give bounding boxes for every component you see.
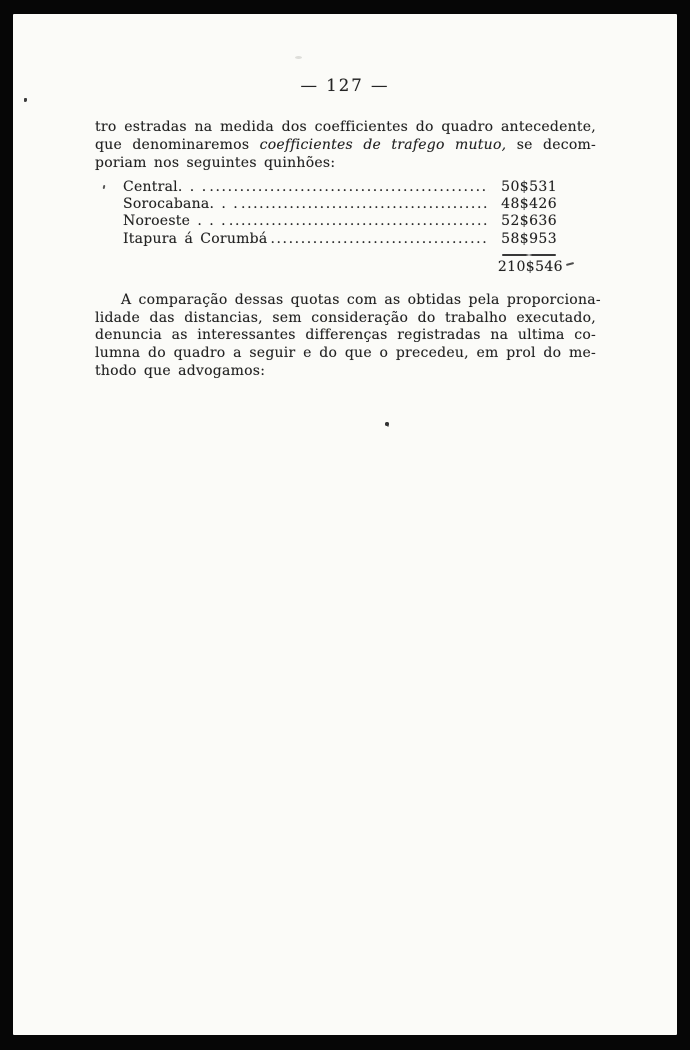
text-line: thodo que advogamos: [95,363,596,381]
quota-value: 50$531 [489,179,557,196]
text-line: lumna do quadro a seguir e do que o prec… [95,345,596,363]
quota-value: 58$953 [489,231,557,248]
quota-value: 48$426 [489,196,557,213]
ink-speck [566,262,574,266]
ink-speck [24,98,27,102]
text-line: que denominaremos coefficientes de trafe… [95,136,596,154]
dot-leader: ........................................… [270,231,489,248]
quota-row: Central. . . ...........................… [123,179,557,196]
page-number-header: — 127 — [13,76,677,95]
text-line: denuncia as interessantes differenças re… [95,327,596,345]
text-line: tro estradas na medida dos coefficientes… [95,118,596,136]
total-sum-rule [502,254,556,256]
text-segment: se decom- [517,137,596,153]
ink-speck [103,185,106,189]
dot-leader: ........................................… [241,196,489,213]
quota-value: 52$636 [489,213,557,230]
quota-row: Noroeste . . . .........................… [123,213,557,230]
scanned-page: — 127 — tro estradas na medida dos coeff… [13,14,677,1035]
quota-label: Central. . . [123,179,206,196]
total-value: 210$546 [413,259,563,277]
dot-leader: ........................................… [209,179,489,196]
text-line: lidade das distancias, sem consideração … [95,310,596,328]
scan-background-frame: — 127 — tro estradas na medida dos coeff… [0,0,690,1050]
quota-table: Central. . . ...........................… [123,179,557,248]
quota-row: Sorocabana. . . ........................… [123,196,557,213]
quota-label: Sorocabana. . . [123,196,238,213]
paragraph-comparison: A comparação dessas quotas com as obtida… [95,292,596,380]
quota-label: Itapura á Corumbá [123,231,267,248]
scan-smudge [295,56,302,59]
italic-term: coefficientes de trafego mutuo, [260,137,507,153]
text-segment: que denominaremos [95,137,249,153]
text-line: A comparação dessas quotas com as obtida… [95,292,596,310]
quota-row: Itapura á Corumbá ......................… [123,231,557,248]
ink-speck [385,422,389,426]
text-line: poriam nos seguintes quinhões: [95,154,596,172]
quota-label: Noroeste . . . [123,213,226,230]
paragraph-intro: tro estradas na medida dos coefficientes… [95,118,596,172]
dot-leader: ........................................… [229,213,489,230]
